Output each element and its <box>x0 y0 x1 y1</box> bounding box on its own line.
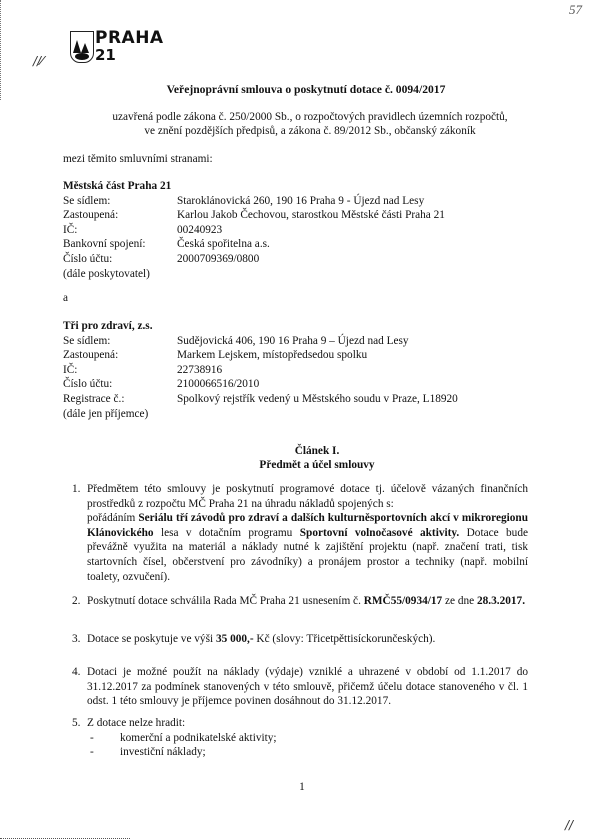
provider-row: Bankovní spojení:Česká spořitelna a.s. <box>63 237 445 252</box>
provider-row: Se sídlem:Staroklánovická 260, 190 16 Pr… <box>63 194 445 209</box>
logo-district: 21 <box>95 48 116 63</box>
recipient-name: Tři pro zdraví, z.s. <box>63 319 458 334</box>
coat-of-arms-icon <box>70 31 94 63</box>
clause-5-bullet: -investiční náklady; <box>90 745 206 760</box>
recipient-row: Registrace č.:Spolkový rejstřík vedený u… <box>63 392 458 407</box>
initials-signature-bottom: // <box>565 818 573 832</box>
clause-5-bullet: -komerční a podnikatelské aktivity; <box>90 731 277 746</box>
and-conjunction: a <box>63 292 68 304</box>
provider-name: Městská část Praha 21 <box>63 179 445 194</box>
clause-5: 5. Z dotace nelze hradit: <box>72 716 528 731</box>
document-title: Veřejnoprávní smlouva o poskytnutí dotac… <box>0 83 594 96</box>
clause-2: 2. Poskytnutí dotace schválila Rada MČ P… <box>72 594 528 609</box>
parties-intro: mezi těmito smluvními stranami: <box>63 153 213 165</box>
subtitle-line-2: ve znění pozdějších předpisů, a zákona č… <box>0 125 594 137</box>
clause-1: 1. Předmětem této smlouvy je poskytnutí … <box>72 482 528 584</box>
recipient-row: IČ:22738916 <box>63 363 458 378</box>
scan-bottom-mark <box>0 837 130 839</box>
page-corner-number: 57 <box>569 2 582 18</box>
provider-block: Městská část Praha 21 Se sídlem:Staroklá… <box>63 179 445 281</box>
article-subheading: Předmět a účel smlouvy <box>0 458 594 472</box>
provider-row: Číslo účtu:2000709369/0800 <box>63 252 445 267</box>
clause-3: 3. Dotace se poskytuje ve výši 35 000,- … <box>72 632 528 647</box>
article-heading: Článek I. <box>0 444 594 458</box>
provider-row: Zastoupená:Karlou Jakob Čechovou, staros… <box>63 208 445 223</box>
provider-row: IČ:00240923 <box>63 223 445 238</box>
recipient-alias: (dále jen příjemce) <box>63 407 458 422</box>
subtitle-line-1: uzavřená podle zákona č. 250/2000 Sb., o… <box>0 111 594 123</box>
logo-city: PRAHA <box>95 29 164 47</box>
recipient-row: Zastoupená:Markem Lejskem, místopředsedo… <box>63 348 458 363</box>
page-number: 1 <box>0 781 594 793</box>
provider-alias: (dále poskytovatel) <box>63 267 445 282</box>
recipient-block: Tři pro zdraví, z.s. Se sídlem:Sudějovic… <box>63 319 458 421</box>
clause-4: 4. Dotaci je možné použít na náklady (vý… <box>72 665 528 709</box>
recipient-row: Se sídlem:Sudějovická 406, 190 16 Praha … <box>63 334 458 349</box>
initials-signature: //⁄ <box>33 54 43 68</box>
recipient-row: Číslo účtu:2100066516/2010 <box>63 377 458 392</box>
